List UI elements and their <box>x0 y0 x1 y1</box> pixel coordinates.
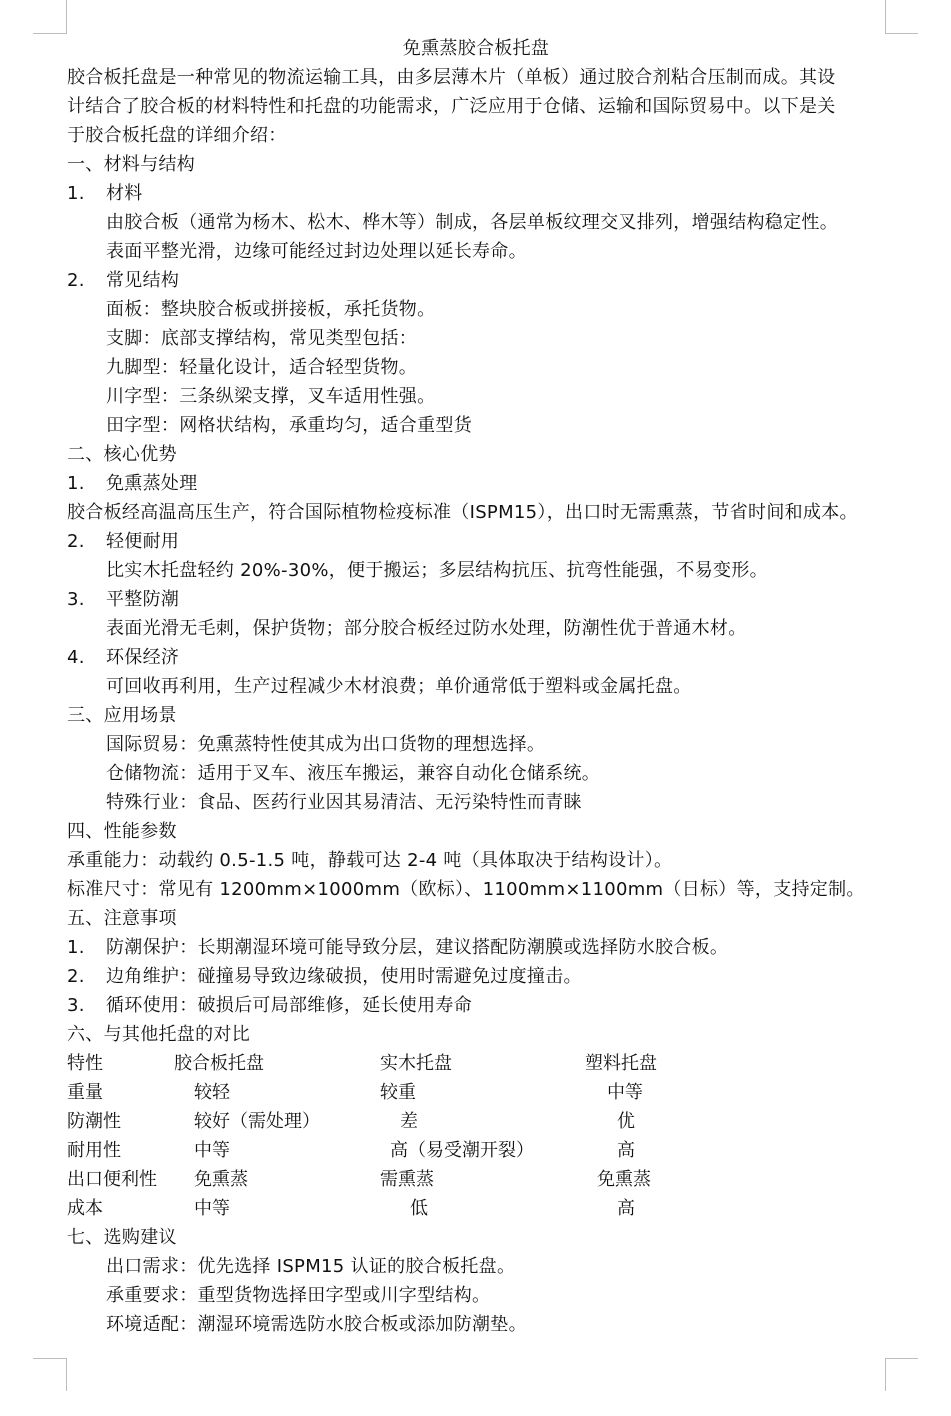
paragraph-line: 出口需求：优先选择 ISPM15 认证的胶合板托盘。 <box>67 1252 897 1281</box>
paragraph-line: 九脚型：轻量化设计，适合轻型货物。 <box>67 353 897 382</box>
paragraph-line: 支脚：底部支撑结构，常见类型包括： <box>67 324 897 353</box>
document-page: 免熏蒸胶合板托盘 胶合板托盘是一种常见的物流运输工具，由多层薄木片（单板）通过胶… <box>67 34 897 1339</box>
paragraph-line: 由胶合板（通常为杨木、松木、桦木等）制成，各层单板纹理交叉排列，增强结构稳定性。 <box>67 208 897 237</box>
list-item: 2.边角维护：碰撞易导致边缘破损，使用时需避免过度撞击。 <box>67 962 897 991</box>
list-item: 3.平整防潮 <box>67 585 897 614</box>
paragraph-line: 表面光滑无毛刺，保护货物；部分胶合板经过防水处理，防潮性优于普通木材。 <box>67 614 897 643</box>
table-row: 耐用性 中等 高（易受潮开裂） 高 <box>67 1136 897 1165</box>
section-heading: 五、注意事项 <box>67 904 897 933</box>
corner-mark-br-v <box>885 1358 886 1391</box>
list-item: 1.防潮保护：长期潮湿环境可能导致分层，建议搭配防潮膜或选择防水胶合板。 <box>67 933 897 962</box>
list-item: 3.循环使用：破损后可局部维修，延长使用寿命 <box>67 991 897 1020</box>
paragraph-line: 川字型：三条纵梁支撑，叉车适用性强。 <box>67 382 897 411</box>
list-item: 1.免熏蒸处理 <box>67 469 897 498</box>
paragraph-line: 田字型：网格状结构，承重均匀，适合重型货 <box>67 411 897 440</box>
corner-mark-tl-h <box>33 33 67 34</box>
paragraph-line: 表面平整光滑，边缘可能经过封边处理以延长寿命。 <box>67 237 897 266</box>
section-heading: 三、应用场景 <box>67 701 897 730</box>
paragraph-line: 特殊行业：食品、医药行业因其易清洁、无污染特性而青睐 <box>67 788 897 817</box>
table-row: 出口便利性 免熏蒸 需熏蒸 免熏蒸 <box>67 1165 897 1194</box>
corner-mark-bl-h <box>33 1358 67 1359</box>
section-heading: 四、性能参数 <box>67 817 897 846</box>
document-title: 免熏蒸胶合板托盘 <box>67 34 885 63</box>
comparison-header-row: 特性 胶合板托盘 实木托盘 塑料托盘 <box>67 1049 897 1078</box>
table-row: 成本 中等 低 高 <box>67 1194 897 1223</box>
section-heading: 二、核心优势 <box>67 440 897 469</box>
intro-line: 于胶合板托盘的详细介绍： <box>67 121 897 150</box>
list-item: 1.材料 <box>67 179 897 208</box>
paragraph-line: 胶合板经高温高压生产，符合国际植物检疫标准（ISPM15），出口时无需熏蒸，节省… <box>67 498 897 527</box>
intro-line: 计结合了胶合板的材料特性和托盘的功能需求，广泛应用于仓储、运输和国际贸易中。以下… <box>67 92 897 121</box>
paragraph-line: 标准尺寸：常见有 1200mm×1000mm（欧标）、1100mm×1100mm… <box>67 875 897 904</box>
list-item: 2.常见结构 <box>67 266 897 295</box>
paragraph-line: 比实木托盘轻约 20%-30%，便于搬运；多层结构抗压、抗弯性能强，不易变形。 <box>67 556 897 585</box>
corner-mark-bl-v <box>66 1358 67 1391</box>
paragraph-line: 国际贸易：免熏蒸特性使其成为出口货物的理想选择。 <box>67 730 897 759</box>
corner-mark-br-h <box>885 1358 918 1359</box>
paragraph-line: 承重能力：动载约 0.5-1.5 吨，静载可达 2-4 吨（具体取决于结构设计）… <box>67 846 897 875</box>
section-heading: 一、材料与结构 <box>67 150 897 179</box>
section-heading: 七、选购建议 <box>67 1223 897 1252</box>
table-row: 防潮性 较好（需处理） 差 优 <box>67 1107 897 1136</box>
paragraph-line: 环境适配：潮湿环境需选防水胶合板或添加防潮垫。 <box>67 1310 897 1339</box>
section-heading: 六、与其他托盘的对比 <box>67 1020 897 1049</box>
paragraph-line: 面板：整块胶合板或拼接板，承托货物。 <box>67 295 897 324</box>
paragraph-line: 承重要求：重型货物选择田字型或川字型结构。 <box>67 1281 897 1310</box>
paragraph-line: 可回收再利用，生产过程减少木材浪费；单价通常低于塑料或金属托盘。 <box>67 672 897 701</box>
corner-mark-tr-v <box>885 0 886 34</box>
corner-mark-tl-v <box>66 0 67 34</box>
list-item: 2.轻便耐用 <box>67 527 897 556</box>
intro-line: 胶合板托盘是一种常见的物流运输工具，由多层薄木片（单板）通过胶合剂粘合压制而成。… <box>67 63 897 92</box>
paragraph-line: 仓储物流：适用于叉车、液压车搬运，兼容自动化仓储系统。 <box>67 759 897 788</box>
list-item: 4.环保经济 <box>67 643 897 672</box>
table-row: 重量 较轻 较重 中等 <box>67 1078 897 1107</box>
